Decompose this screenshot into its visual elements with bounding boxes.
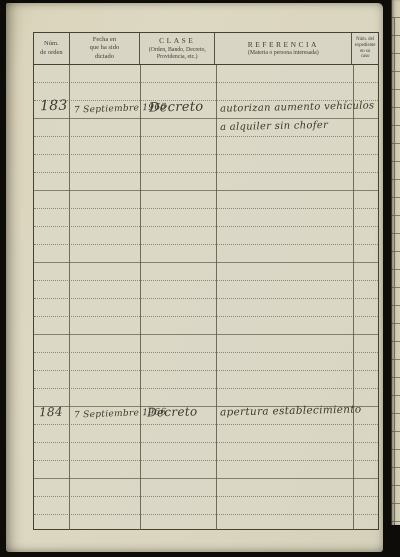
entry-183-referencia: a alquiler sin chofer (220, 120, 328, 133)
column-divider (216, 65, 217, 530)
entry-184-num: 184 (39, 405, 63, 419)
table-row (34, 245, 378, 263)
table-row (34, 443, 378, 461)
header-col-num: Núm. de orden (34, 33, 70, 64)
table-row (34, 83, 378, 101)
table-row (34, 227, 378, 245)
adjacent-page-edge (391, 0, 400, 525)
header-col-fecha-line2: que ha sido (90, 44, 120, 52)
column-divider (69, 65, 70, 530)
table-row (34, 353, 378, 371)
header-col-fecha: Fecha en que ha sido dictado (70, 33, 140, 64)
entry-184-clase: Decreto (147, 404, 198, 419)
entry-183-clase: Decreto (149, 99, 204, 115)
table-row (34, 371, 378, 389)
header-col-num-line1: Núm. (44, 40, 59, 48)
table-row (34, 281, 378, 299)
table-row (34, 173, 378, 191)
table-row (34, 479, 378, 497)
column-divider (140, 65, 141, 530)
table-header-row: Núm. de orden Fecha en que ha sido dicta… (34, 33, 378, 65)
table-row (34, 317, 378, 335)
header-col-clase: CLASE (Orden, Bando, Decreto, Providenci… (140, 33, 215, 64)
header-col-num-line2: de orden (40, 49, 63, 57)
table-row (34, 299, 378, 317)
header-col-referencia: REFERENCIA (Materia o persona interesada… (215, 33, 352, 64)
table-row (34, 191, 378, 209)
table-row (34, 335, 378, 353)
table-row (34, 209, 378, 227)
table-row (34, 65, 378, 83)
column-divider (353, 65, 354, 530)
table-row (34, 155, 378, 173)
header-col-expediente-line4: caso (361, 54, 370, 60)
register-page: Núm. de orden Fecha en que ha sido dicta… (6, 3, 383, 552)
table-row (34, 497, 378, 515)
header-col-clase-sub2: Providencia, etc.) (157, 54, 198, 61)
table-row (34, 263, 378, 281)
table-row (34, 425, 378, 443)
header-col-clase-title: CLASE (159, 36, 195, 45)
register-table: Núm. de orden Fecha en que ha sido dicta… (33, 32, 379, 530)
adjacent-page-line (394, 18, 395, 525)
header-col-clase-sub1: (Orden, Bando, Decreto, (149, 47, 206, 54)
header-col-referencia-sub: (Materia o persona interesada) (248, 50, 319, 57)
header-col-referencia-title: REFERENCIA (248, 40, 319, 49)
table-row (34, 137, 378, 155)
entry-183-num: 183 (40, 98, 68, 115)
table-row (34, 461, 378, 479)
header-col-fecha-line1: Fecha en (93, 36, 116, 44)
header-col-expediente: Núm. del expediente en su caso (352, 33, 378, 64)
table-row (34, 515, 378, 530)
header-col-fecha-line3: dictado (95, 53, 114, 61)
table-body-grid: 183 7 Septiembre 1966 Decreto autorizan … (34, 65, 378, 530)
